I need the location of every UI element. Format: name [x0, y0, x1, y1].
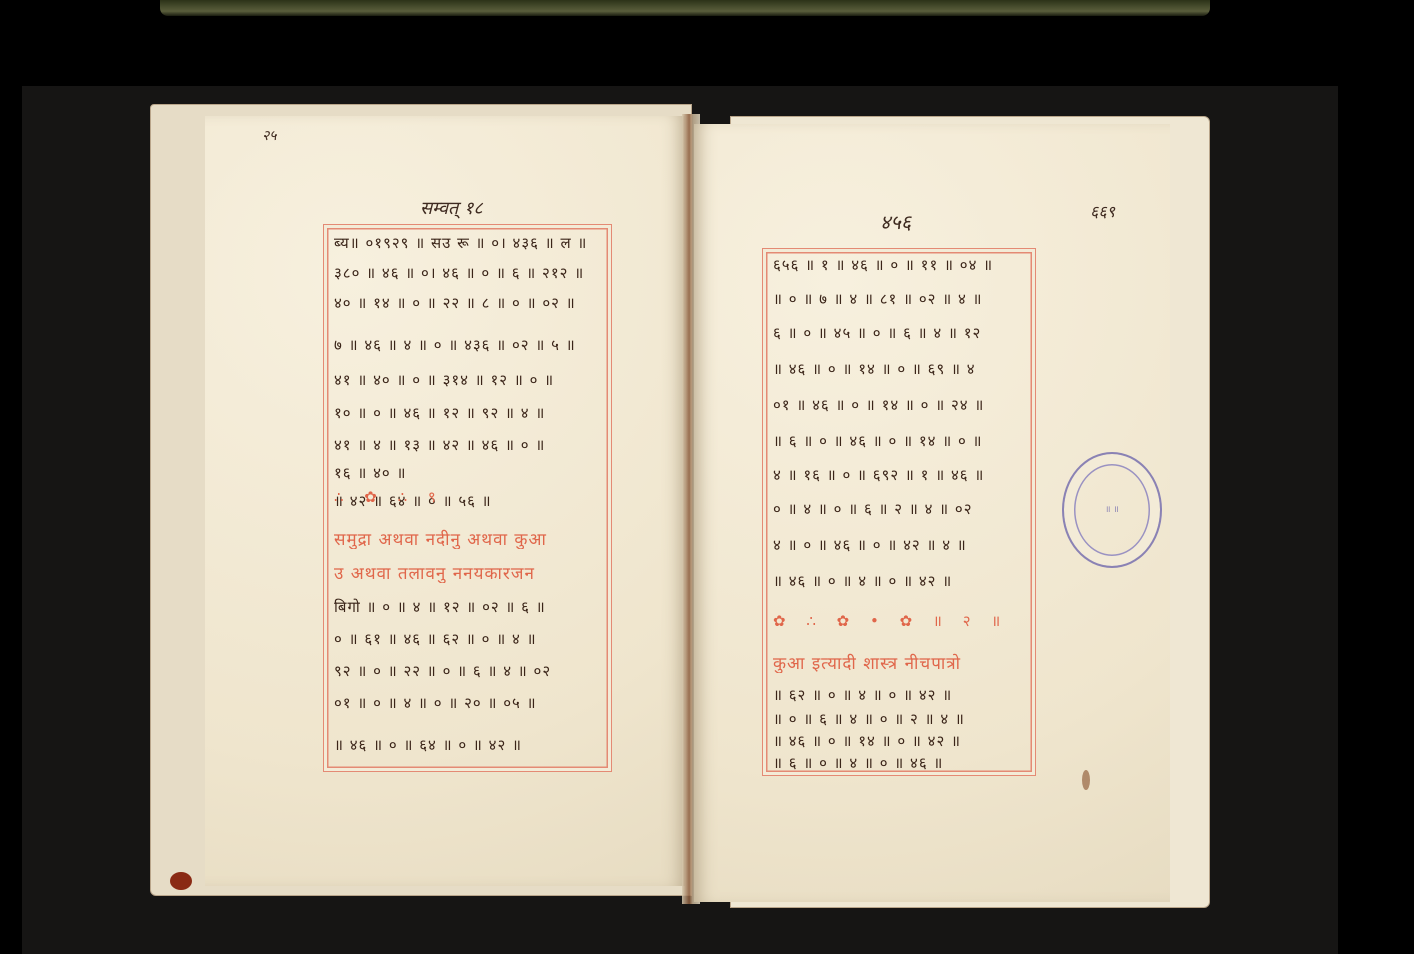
text-line: ॥ ४६ ॥ ० ॥ ४ ॥ ० ॥ ४२ ॥ [773, 571, 1027, 593]
left-text-frame: ब्य॥ ०१९२९ ॥ सउ रू ॥ ०। ४३६ ॥ ल ॥ ३८० ॥ … [323, 224, 612, 772]
text-line: ॥ ४६ ॥ ० ॥ १४ ॥ ० ॥ ४२ ॥ [773, 731, 1027, 753]
text-line: ॥ ४६ ॥ ० ॥ ६४ ॥ ० ॥ ४२ ॥ [334, 735, 603, 757]
ornament-line: ✿ ∴ ✿ • ✿ ॥ २ ॥ [773, 611, 1027, 633]
text-line: ० ॥ ४ ॥ ० ॥ ६ ॥ २ ॥ ४ ॥ ०२ [773, 499, 1027, 521]
text-line: ६५६ ॥ १ ॥ ४६ ॥ ० ॥ ११ ॥ ०४ ॥ [773, 255, 1027, 277]
text-line: ४ ॥ १६ ॥ ० ॥ ६९२ ॥ १ ॥ ४६ ॥ [773, 465, 1027, 487]
stain-mark [170, 872, 192, 890]
library-stamp: ॥ ॥ [1062, 452, 1162, 568]
text-line: ९२ ॥ ० ॥ २२ ॥ ० ॥ ६ ॥ ४ ॥ ०२ [334, 661, 603, 683]
rubric-line: उ अथवा तलावनु ननयकारजन [334, 561, 603, 583]
text-line: बिगो ॥ ० ॥ ४ ॥ १२ ॥ ०२ ॥ ६ ॥ [334, 597, 603, 619]
text-line: ०१ ॥ ४६ ॥ ० ॥ १४ ॥ ० ॥ २४ ॥ [773, 395, 1027, 417]
text-line: ३८० ॥ ४६ ॥ ०। ४६ ॥ ० ॥ ६ ॥ २१२ ॥ [334, 263, 603, 285]
text-line: ॥ ० ॥ ७ ॥ ४ ॥ ८१ ॥ ०२ ॥ ४ ॥ [773, 289, 1027, 311]
text-line: १६ ॥ ४० ॥ [334, 463, 603, 485]
rubric-line: कुआ इत्यादी शास्त्र नीचपात्रो [773, 651, 1027, 673]
text-line: ७ ॥ ४६ ॥ ४ ॥ ० ॥ ४३६ ॥ ०२ ॥ ५ ॥ [334, 335, 603, 357]
stamp-text: ॥ ॥ [1064, 502, 1160, 515]
text-line: १० ॥ ० ॥ ४६ ॥ १२ ॥ ९२ ॥ ४ ॥ [334, 403, 603, 425]
corner-folio-number: ६६९ [1090, 200, 1115, 222]
text-line: ४१ ॥ ४० ॥ ० ॥ ३१४ ॥ १२ ॥ ० ॥ [334, 370, 603, 392]
text-line: ॥ ४६ ॥ ० ॥ १४ ॥ ० ॥ ६९ ॥ ४ [773, 359, 1027, 381]
rubric-line: समुद्रा अथवा नदीनु अथवा कुआ [334, 527, 603, 549]
folio-number: ४५६ [880, 208, 911, 235]
text-line: ० ॥ ६१ ॥ ४६ ॥ ६२ ॥ ० ॥ ४ ॥ [334, 629, 603, 651]
text-line: ॥ ० ॥ ६ ॥ ४ ॥ ० ॥ २ ॥ ४ ॥ [773, 709, 1027, 731]
open-manuscript: २५ सम्वत् १८ ब्य॥ ०१९२९ ॥ सउ रू ॥ ०। ४३६… [0, 0, 1414, 954]
text-line: ब्य॥ ०१९२९ ॥ सउ रू ॥ ०। ४३६ ॥ ल ॥ [334, 233, 603, 255]
text-line: ४१ ॥ ४ ॥ १३ ॥ ४२ ॥ ४६ ॥ ० ॥ [334, 435, 603, 457]
text-line: ॥ ६२ ॥ ० ॥ ४ ॥ ० ॥ ४२ ॥ [773, 685, 1027, 707]
text-line: ४ ॥ ० ॥ ४६ ॥ ० ॥ ४२ ॥ ४ ॥ [773, 535, 1027, 557]
text-line: ०१ ॥ ० ॥ ४ ॥ ० ॥ २० ॥ ०५ ॥ [334, 693, 603, 715]
left-page-heading: सम्वत् १८ [420, 196, 483, 220]
ornament-line: ∴ ✿ ∴ ९ ∵ [334, 487, 454, 509]
right-text-frame: ६५६ ॥ १ ॥ ४६ ॥ ० ॥ ११ ॥ ०४ ॥ ॥ ० ॥ ७ ॥ ४… [762, 248, 1036, 776]
left-corner-mark: २५ [262, 126, 277, 145]
text-line: ॥ ६ ॥ ० ॥ ४ ॥ ० ॥ ४६ ॥ [773, 753, 1027, 775]
text-line: ॥ ६ ॥ ० ॥ ४६ ॥ ० ॥ १४ ॥ ० ॥ [773, 431, 1027, 453]
stain-mark [1082, 770, 1090, 790]
text-line: ४० ॥ १४ ॥ ० ॥ २२ ॥ ८ ॥ ० ॥ ०२ ॥ [334, 293, 603, 315]
text-line: ६ ॥ ० ॥ ४५ ॥ ० ॥ ६ ॥ ४ ॥ १२ [773, 323, 1027, 345]
